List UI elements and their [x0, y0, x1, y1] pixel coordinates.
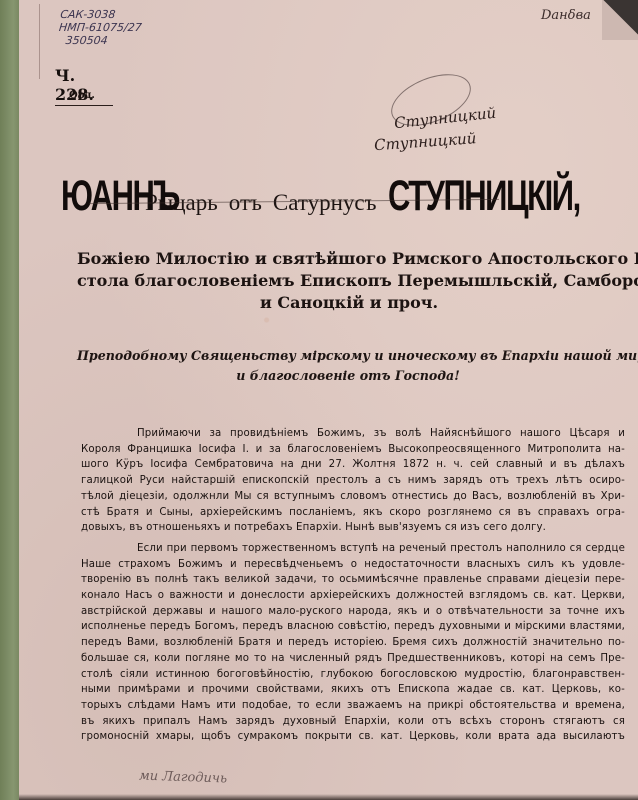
heading-line: стола благословеніемъ Епископъ Перемышль…: [77, 270, 621, 292]
text-line: исполненье передъ Богомъ, передъ власною…: [81, 619, 625, 635]
salutation-line: и благословеніе отъ Господа!: [77, 366, 619, 386]
paragraph-2: Если при первомъ торжественномъ вступѣ н…: [81, 541, 625, 745]
text-line: передъ Вами, возлюбленій Братя и передъ …: [81, 635, 625, 651]
salutation: Преподобному Священьству мірскому и иноч…: [77, 346, 619, 386]
text-line: Если при первомъ торжественномъ вступѣ н…: [81, 541, 625, 557]
handwritten-top-right-note: Daнδва: [541, 8, 591, 23]
text-line: громоносній хмары, щобъ сумракомъ покрыт…: [81, 729, 625, 745]
bottom-handwritten-scribble: ми Лагодичь: [139, 768, 228, 786]
text-line: столѣ сіяли истинною богоговѣйностію, гл…: [81, 667, 625, 683]
folded-page-corner: [602, 0, 638, 40]
text-line: стѣ Братя и Сыны, архіерейскимъ посланіе…: [81, 505, 625, 521]
archive-handwritten-notes: САК-3038 НМП-61075/27 350504: [57, 8, 144, 47]
text-line: ными примѣрами и прочими свойствами, яки…: [81, 682, 625, 698]
body-text: Приймаючи за провидѣніемъ Божимъ, зъ вол…: [81, 426, 625, 745]
green-binding-strip: [0, 0, 19, 800]
margin-pencil-line: [39, 4, 40, 79]
paragraph-1: Приймаючи за провидѣніемъ Божимъ, зъ вол…: [81, 426, 625, 536]
text-line: тѣлой діецезіи, одолжнли Мы ся вступнымъ…: [81, 489, 625, 505]
text-line: Приймаючи за провидѣніемъ Божимъ, зъ вол…: [81, 426, 625, 442]
page-bottom-shadow: [19, 794, 638, 800]
document-title: ЮАННЪ Рыцарь отъ Сатурнусъ СТУПНИЦКІЙ,: [61, 172, 631, 222]
bishop-titles-heading: Божіею Милостію и святѣйшого Римского Ап…: [77, 248, 621, 314]
order-subtitle: Орд.: [69, 90, 95, 101]
title-surname: СТУПНИЦКІЙ,: [388, 172, 532, 221]
text-line: шого Кӱръ Іосифа Сембратовича на дни 27.…: [81, 457, 625, 473]
text-line: въ якихъ припалъ Намъ зарядъ духовный Еп…: [81, 714, 625, 730]
text-line: творенію въ полнѣ такъ великой задачи, т…: [81, 572, 625, 588]
text-line: конало Насъ о важности и донеслости архі…: [81, 588, 625, 604]
text-line: Короля Францишка Іосифа I. и за благосло…: [81, 442, 625, 458]
title-first-name: ЮАННЪ: [61, 172, 121, 221]
title-word-3: Сатурнусъ: [273, 190, 377, 216]
text-line: галицкой Руси найстаршій епископскій пре…: [81, 473, 625, 489]
heading-line: и Саноцкій и проч.: [77, 292, 621, 314]
title-word-2: отъ: [229, 190, 262, 216]
text-line: Наше страхомъ Божимъ и пересвѣдченьемъ о…: [81, 557, 625, 573]
text-line: большае ся, коли погляне мо то на числен…: [81, 651, 625, 667]
text-line: торыхъ слѣдами Намъ ити подобае, то если…: [81, 698, 625, 714]
document-page: САК-3038 НМП-61075/27 350504 Daнδва Ч. 2…: [19, 0, 638, 800]
text-line: австрійской державы и нашого мало-руског…: [81, 604, 625, 620]
salutation-line: Преподобному Священьству мірскому и иноч…: [77, 346, 619, 366]
text-line: довыхъ, въ отношеньяхъ и потребахъ Епарх…: [81, 520, 625, 536]
archive-fund-code: САК-3038: [60, 8, 144, 21]
heading-line: Божіею Милостію и святѣйшого Римского Ап…: [77, 248, 621, 270]
archive-inventory-code: НМП-61075/27: [58, 21, 142, 34]
archive-item-number: 350504: [57, 34, 141, 47]
handwritten-signature: Ступницкий Ступницкий: [374, 108, 496, 152]
